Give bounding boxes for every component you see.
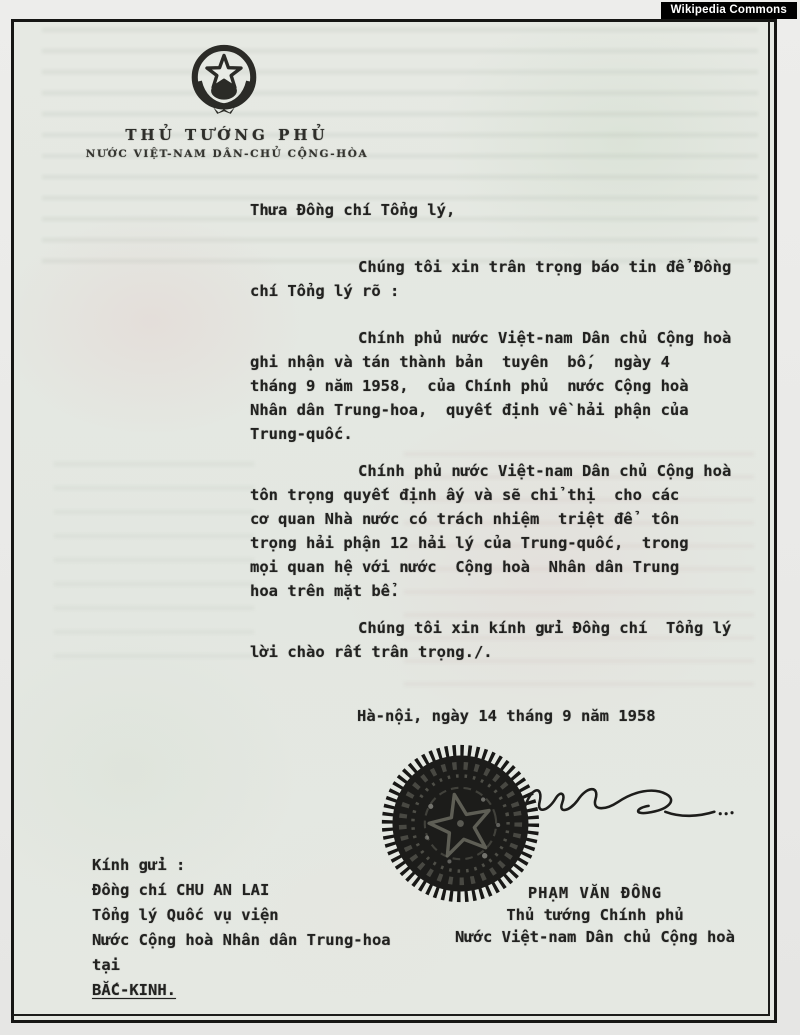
signatory-name: PHẠM VĂN ĐỒNG [430,882,760,904]
letter-line: mọi quan hệ với nước Cộng hoà Nhân dân T… [250,555,731,579]
signatory-title: Thủ tướng Chính phủ [430,904,760,926]
letter-line: Trung-quốc. [250,422,731,446]
paragraph-respect: Chính phủ nước Việt-nam Dân chủ Cộng hoà… [250,459,731,603]
letter-line: lời chào rất trân trọng./. [250,640,731,664]
signature-icon [518,768,734,830]
recipient-line: Kính gửi : [92,853,391,878]
letter-line: trọng hải phận 12 hải lý của Trung-quốc,… [250,531,731,555]
ink-bleedthrough-texture [54,462,254,662]
recipient-block: Kính gửi : Đồng chí CHU AN LAI Tổng lý Q… [92,853,391,1003]
letter-line: Chúng tôi xin trân trọng báo tin để Đồng [250,255,731,279]
letterhead-country-line: NƯỚC VIỆT-NAM DÂN-CHỦ CỘNG-HÒA [60,148,394,160]
recipient-line: Nước Cộng hoà Nhân dân Trung-hoa [92,928,391,953]
letter-line: tôn trọng quyết định ấy và sẽ chỉ thị ch… [250,483,731,507]
recipient-city: BẮC-KINH. [92,978,391,1003]
photo-border-frame: THỦ TƯỚNG PHỦ NƯỚC VIỆT-NAM DÂN-CHỦ CỘNG… [11,19,777,1023]
letterhead-office-title: THỦ TƯỚNG PHỦ [96,126,358,144]
letter-line: Chính phủ nước Việt-nam Dân chủ Cộng hoà [250,459,731,483]
salutation: Thưa Đồng chí Tổng lý, [250,198,455,222]
paragraph-intro: Chúng tôi xin trân trọng báo tin để Đồng… [250,255,731,303]
signatory-country: Nước Việt-nam Dân chủ Cộng hoà [430,926,760,948]
letter-line: hoa trên mặt bể. [250,579,731,603]
letter-line: Hà-nội, ngày 14 tháng 9 năm 1958 [357,704,656,728]
paragraph-closing: Chúng tôi xin kính gửi Đồng chí Tổng lý … [250,616,731,664]
recipient-line: tại [92,953,391,978]
letter-line: cơ quan Nhà nước có trách nhiệm triệt để… [250,507,731,531]
letter-line: ghi nhận và tán thành bản tuyên bố, ngày… [250,350,731,374]
dateline: Hà-nội, ngày 14 tháng 9 năm 1958 [357,704,656,728]
paragraph-recognition: Chính phủ nước Việt-nam Dân chủ Cộng hoà… [250,326,731,446]
scanned-letter-page: Wikipedia Commons THỦ TƯỚNG PHỦ NƯỚC VIỆ… [0,0,800,1035]
signatory-block: PHẠM VĂN ĐỒNG Thủ tướng Chính phủ Nước V… [430,882,760,948]
recipient-line: Tổng lý Quốc vụ viện [92,903,391,928]
wikipedia-commons-watermark: Wikipedia Commons [661,2,797,19]
letter-line: Chính phủ nước Việt-nam Dân chủ Cộng hoà [250,326,731,350]
letter-line: chí Tổng lý rõ : [250,279,731,303]
recipient-line: Đồng chí CHU AN LAI [92,878,391,903]
letter-line: Thưa Đồng chí Tổng lý, [250,198,455,222]
letter-line: Chúng tôi xin kính gửi Đồng chí Tổng lý [250,616,731,640]
letter-line: Nhân dân Trung-hoa, quyết định về hải ph… [250,398,731,422]
letter-line: tháng 9 năm 1958, của Chính phủ nước Cộn… [250,374,731,398]
national-emblem-icon [190,42,258,126]
